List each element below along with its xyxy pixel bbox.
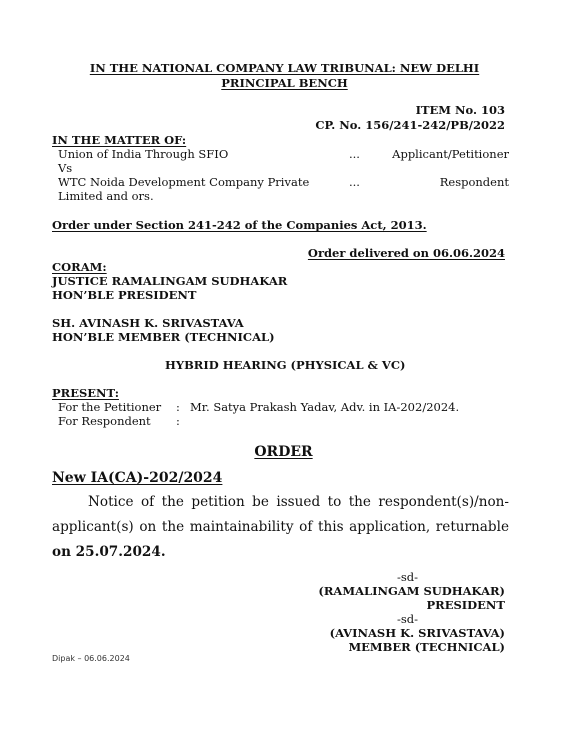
coram-member2-title: HON’BLE MEMBER (TECHNICAL) — [52, 330, 275, 344]
signatory2-name: (AVINASH K. SRIVASTAVA) — [330, 626, 505, 640]
coram-heading: CORAM: — [52, 260, 107, 274]
signature-mark-1: -sd- — [397, 570, 418, 584]
party-applicant: Union of India Through SFIO — [58, 147, 228, 161]
petitioner-counsel: Mr. Satya Prakash Yadav, Adv. in IA-202/… — [190, 400, 459, 414]
petitioner-label: For the Petitioner — [58, 400, 161, 414]
signature-mark-2: -sd- — [397, 612, 418, 626]
signatory1-name: (RAMALINGAM SUDHAKAR) — [318, 584, 505, 598]
ia-heading: New IA(CA)-202/2024 — [52, 470, 222, 486]
matter-heading: IN THE MATTER OF: — [52, 133, 186, 147]
bench-name: PRINCIPAL BENCH — [0, 76, 569, 90]
present-heading: PRESENT: — [52, 386, 119, 400]
versus-label: Vs — [58, 161, 72, 175]
party-respondent-line2: Limited and ors. — [58, 189, 154, 203]
footer-initials: Dipak – 06.06.2024 — [52, 654, 130, 663]
coram-member2-name: SH. AVINASH K. SRIVASTAVA — [52, 316, 244, 330]
order-section: Order under Section 241-242 of the Compa… — [52, 218, 427, 232]
item-number: ITEM No. 103 — [416, 103, 505, 117]
return-date: on 25.07.2024. — [52, 544, 166, 560]
petitioner-colon: : — [176, 400, 180, 414]
hearing-mode: HYBRID HEARING (PHYSICAL & VC) — [165, 358, 405, 372]
party-respondent-dots: ... — [349, 175, 360, 189]
order-paragraph-line2: applicant(s) on the maintainability of t… — [52, 519, 509, 535]
party-applicant-dots: ... — [349, 147, 360, 161]
order-heading: ORDER — [0, 444, 568, 460]
tribunal-title: IN THE NATIONAL COMPANY LAW TRIBUNAL: NE… — [0, 61, 569, 75]
party-respondent-role: Respondent — [440, 175, 509, 189]
coram-member1-title: HON’BLE PRESIDENT — [52, 288, 196, 302]
respondent-label: For Respondent — [58, 414, 151, 428]
case-number: CP. No. 156/241-242/PB/2022 — [315, 118, 505, 132]
coram-member1-name: JUSTICE RAMALINGAM SUDHAKAR — [52, 274, 287, 288]
party-respondent-line1: WTC Noida Development Company Private — [58, 175, 309, 189]
order-paragraph-line1: Notice of the petition be issued to the … — [88, 494, 509, 510]
party-applicant-role: Applicant/Petitioner — [392, 147, 509, 161]
signatory1-title: PRESIDENT — [427, 598, 505, 612]
signatory2-title: MEMBER (TECHNICAL) — [348, 640, 505, 654]
order-delivered-date: Order delivered on 06.06.2024 — [308, 246, 505, 260]
respondent-colon: : — [176, 414, 180, 428]
